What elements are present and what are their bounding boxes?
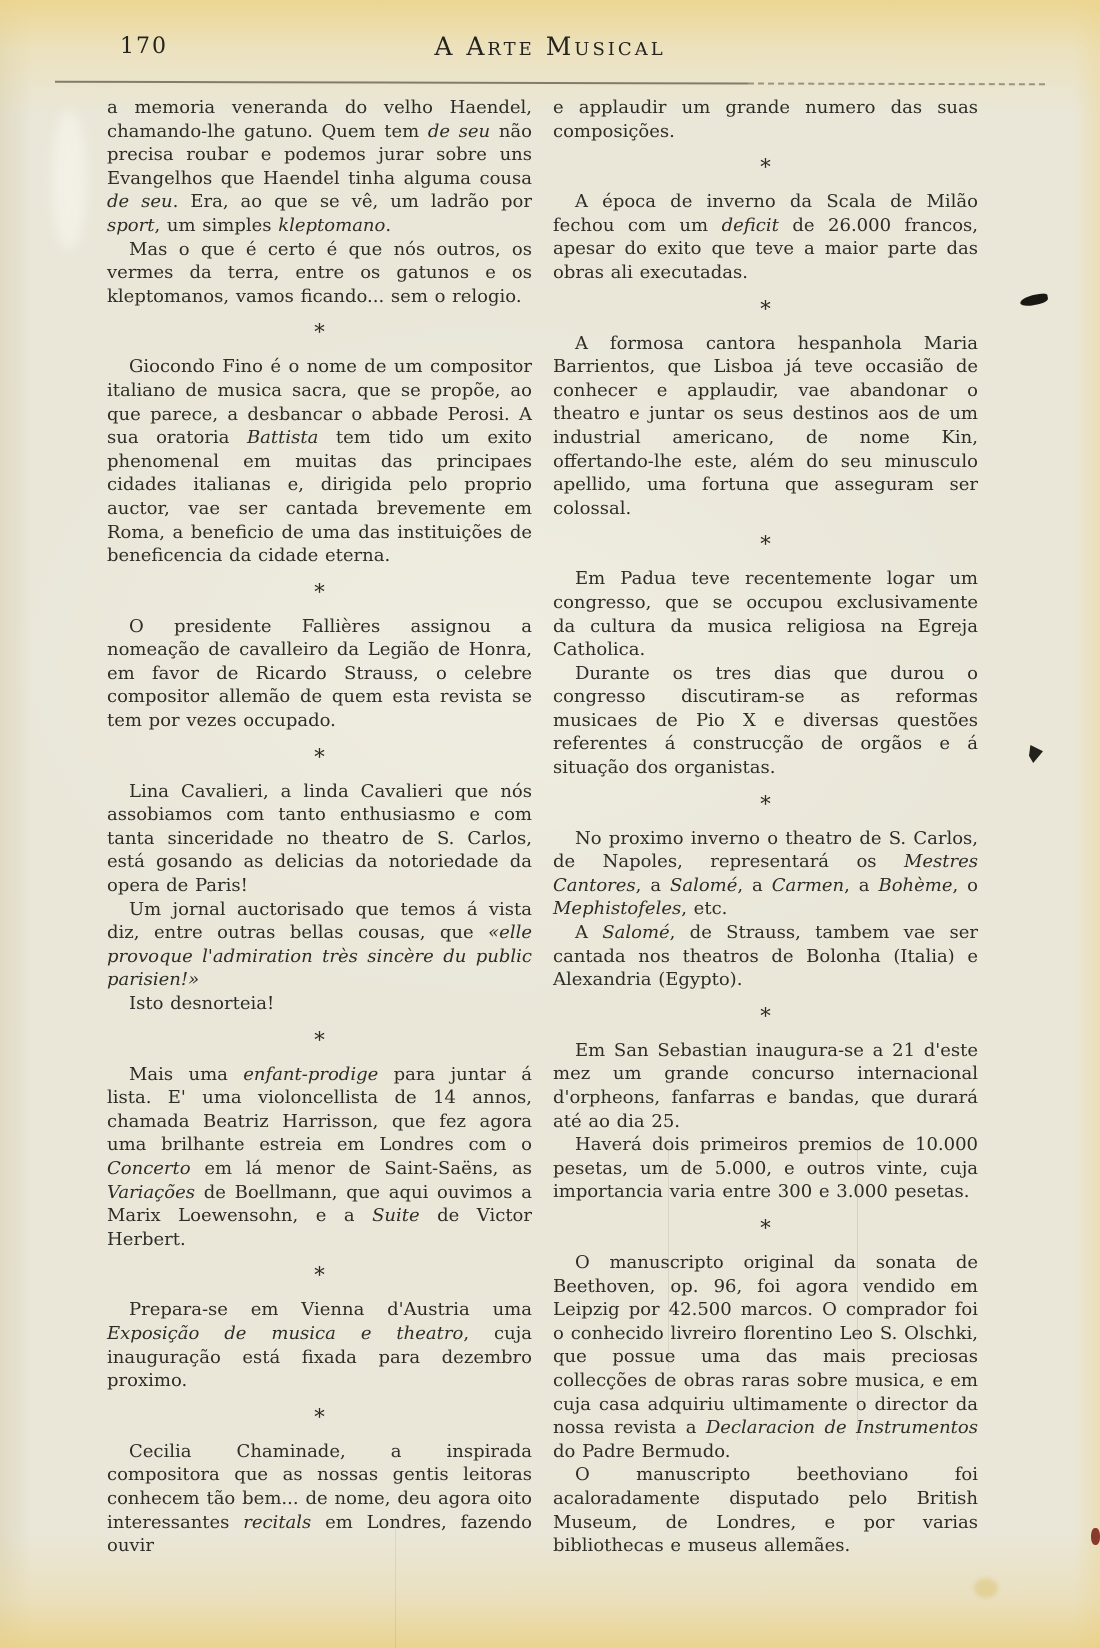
header-rule	[55, 81, 1045, 86]
header-rule-dashed-segment	[748, 83, 1045, 86]
text-run: .	[385, 215, 391, 236]
text-run: , a	[636, 875, 670, 896]
text-run: O manuscripto beethoviano foi acaloradam…	[553, 1464, 978, 1556]
text-run: do Padre Bermudo.	[553, 1441, 731, 1462]
section-divider: *	[553, 531, 978, 557]
text-run: , etc.	[681, 898, 727, 919]
text-run: , a	[737, 875, 771, 896]
paragraph: Em Padua teve recentemente logar um cong…	[553, 567, 978, 661]
text-run: Haverá dois primeiros premios de 10.000 …	[553, 1134, 978, 1202]
text-run: em lá menor de Saint-Saëns, as	[191, 1158, 532, 1179]
italic-text-run: recitals	[243, 1512, 311, 1533]
text-run: A	[575, 922, 602, 943]
text-run: O presidente Fallières assignou a nomeaç…	[107, 616, 532, 731]
paragraph: Cecilia Chaminade, a inspirada composito…	[107, 1440, 532, 1558]
ink-mark	[1019, 293, 1048, 308]
paper-stain	[974, 1578, 998, 1598]
italic-text-run: sport	[107, 215, 154, 236]
section-divider: *	[553, 1003, 978, 1029]
paper-smudge	[52, 110, 86, 250]
text-run: A formosa cantora hespanhola Maria Barri…	[553, 333, 978, 519]
text-run: Lina Cavalieri, a linda Cavalieri que nó…	[107, 781, 532, 896]
italic-text-run: Concerto	[107, 1158, 191, 1179]
paragraph: Lina Cavalieri, a linda Cavalieri que nó…	[107, 780, 532, 898]
section-divider: *	[553, 154, 978, 180]
text-run: Em Padua teve recentemente logar um cong…	[553, 568, 978, 660]
section-divider: *	[107, 1262, 532, 1288]
paragraph: A Salomé, de Strauss, tambem vae ser can…	[553, 921, 978, 992]
paragraph: Mais uma enfant-prodige para juntar á li…	[107, 1063, 532, 1252]
text-run: . Era, ao que se vê, um ladrão por	[173, 191, 532, 212]
italic-text-run: kleptomano	[278, 215, 385, 236]
text-run: , o	[953, 875, 979, 896]
text-run: O manuscripto original da sonata de Beet…	[553, 1252, 978, 1438]
paragraph: Durante os tres dias que durou o congres…	[553, 662, 978, 780]
paragraph: Um jornal auctorisado que temos á vista …	[107, 898, 532, 992]
paragraph: a memoria veneranda do velho Haendel, ch…	[107, 96, 532, 238]
section-divider: *	[107, 1404, 532, 1430]
paragraph: Giocondo Fino é o nome de um compositor …	[107, 355, 532, 567]
paragraph: Isto desnorteia!	[107, 992, 532, 1016]
ink-mark	[1029, 745, 1043, 763]
text-run: Isto desnorteia!	[129, 993, 274, 1014]
paragraph: O presidente Fallières assignou a nomeaç…	[107, 615, 532, 733]
text-run: Mas o que é certo é que nós outros, os v…	[107, 239, 532, 307]
section-divider: *	[553, 296, 978, 322]
italic-text-run: Mephistofeles	[553, 898, 681, 919]
page-header: 170 A Arte Musical	[0, 0, 1100, 96]
italic-text-run: Declaracion de Instrumentos	[706, 1417, 978, 1438]
right-column: e applaudir um grande numero das suas co…	[553, 96, 978, 1558]
italic-text-run: Salomé	[602, 922, 669, 943]
text-run: Mais uma	[129, 1064, 243, 1085]
red-edge-mark	[1091, 1528, 1100, 1545]
paragraph: A formosa cantora hespanhola Maria Barri…	[553, 332, 978, 521]
italic-text-run: de seu	[107, 191, 173, 212]
magazine-page: 170 A Arte Musical a memoria veneranda d…	[0, 0, 1100, 1648]
paragraph: A época de inverno da Scala de Milão fec…	[553, 190, 978, 284]
paragraph: e applaudir um grande numero das suas co…	[553, 96, 978, 143]
two-column-text-body: a memoria veneranda do velho Haendel, ch…	[107, 96, 979, 1558]
italic-text-run: de seu	[428, 121, 490, 142]
section-divider: *	[107, 1027, 532, 1053]
section-divider: *	[553, 791, 978, 817]
italic-text-run: deficit	[722, 215, 779, 236]
italic-text-run: Variações	[107, 1182, 195, 1203]
italic-text-run: Exposição de musica e theatro	[107, 1323, 463, 1344]
journal-title: A Arte Musical	[0, 32, 1100, 61]
paragraph: Em San Sebastian inaugura-se a 21 d'este…	[553, 1039, 978, 1133]
paragraph: Haverá dois primeiros premios de 10.000 …	[553, 1133, 978, 1204]
italic-text-run: Salomé	[670, 875, 737, 896]
italic-text-run: Carmen	[772, 875, 844, 896]
text-run: e applaudir um grande numero das suas co…	[553, 97, 978, 142]
left-column: a memoria veneranda do velho Haendel, ch…	[107, 96, 532, 1558]
paragraph: O manuscripto original da sonata de Beet…	[553, 1251, 978, 1463]
section-divider: *	[107, 744, 532, 770]
paragraph: Mas o que é certo é que nós outros, os v…	[107, 238, 532, 309]
paragraph: No proximo inverno o theatro de S. Carlo…	[553, 827, 978, 921]
italic-text-run: Suite	[372, 1205, 420, 1226]
text-run: Em San Sebastian inaugura-se a 21 d'este…	[553, 1040, 978, 1132]
italic-text-run: Bohème	[878, 875, 952, 896]
section-divider: *	[107, 319, 532, 345]
paragraph: O manuscripto beethoviano foi acaloradam…	[553, 1463, 978, 1557]
italic-text-run: Battista	[247, 427, 318, 448]
header-rule-solid-segment	[55, 81, 748, 85]
paragraph: Prepara-se em Vienna d'Austria uma Expos…	[107, 1298, 532, 1392]
text-run: Durante os tres dias que durou o congres…	[553, 663, 978, 778]
text-run: , a	[844, 875, 878, 896]
text-run: Um jornal auctorisado que temos á vista …	[107, 899, 532, 944]
section-divider: *	[553, 1215, 978, 1241]
italic-text-run: enfant-prodige	[243, 1064, 378, 1085]
text-run: , um simples	[154, 215, 278, 236]
text-run: Prepara-se em Vienna d'Austria uma	[129, 1299, 532, 1320]
section-divider: *	[107, 579, 532, 605]
